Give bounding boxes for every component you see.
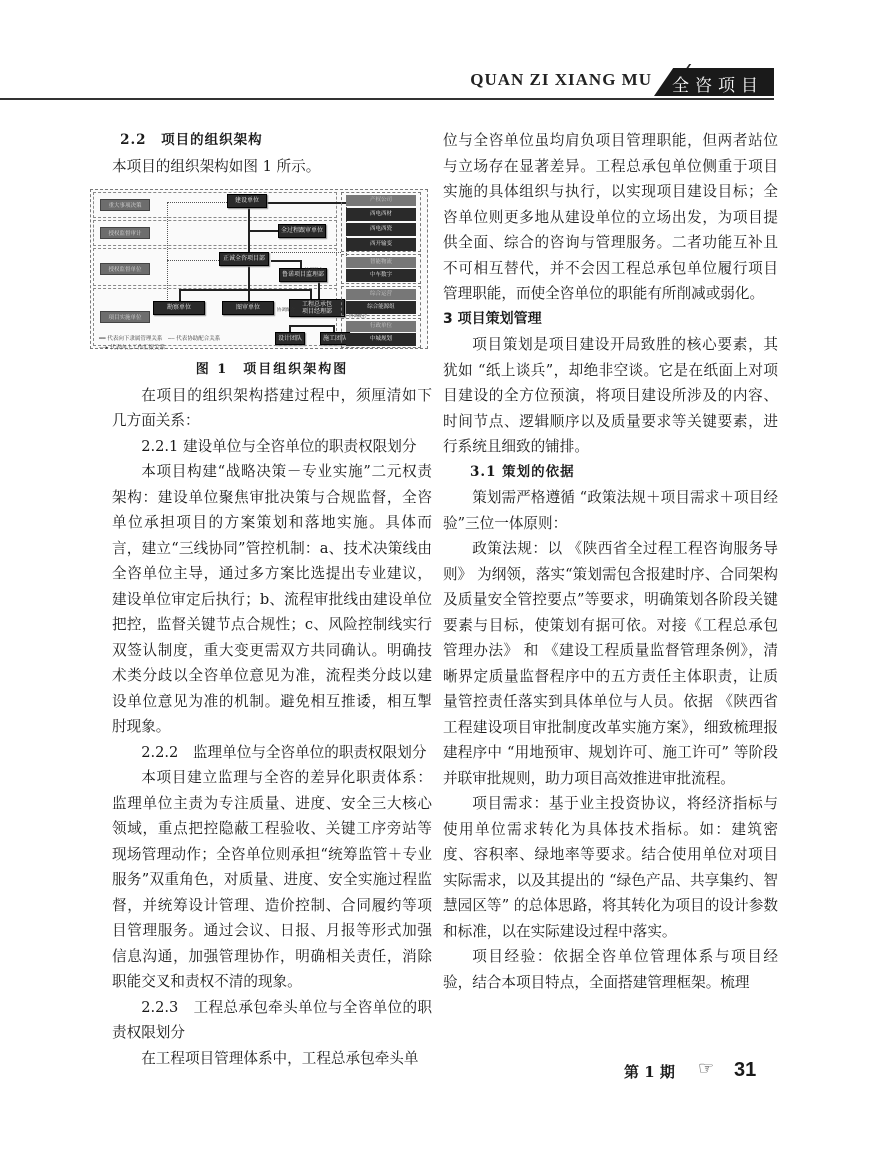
group-head: 智能物流 xyxy=(346,257,416,268)
heading-2-2: 2.2 项目的组织架构 xyxy=(112,128,432,154)
node-drawing-review: 图审单位 xyxy=(222,301,274,315)
header-rule xyxy=(0,98,774,100)
section-badge: 全咨项目 xyxy=(654,68,774,96)
page-number: 31 xyxy=(734,1059,756,1082)
connector-line xyxy=(179,289,311,291)
group-item: 西电西材 xyxy=(346,208,416,221)
connector-line xyxy=(289,325,291,332)
group-item: 西电西瓷 xyxy=(346,223,416,236)
heading-3: 3 项目策划管理 xyxy=(443,307,778,333)
paragraph-3-1: 策划需严格遵循 “政策法规＋项目需求＋项目经验”三位一体原则： xyxy=(443,485,778,536)
band-label: 授权监督单位 xyxy=(100,263,150,275)
paragraph-experience: 项目经验：依据全咨单位管理体系与项目经验，结合本项目特点，全面搭建管理框架。梳理 xyxy=(443,944,778,995)
heading-3-1: 3.1 策划的依据 xyxy=(443,460,778,486)
right-group-operations: 综合运营 综合能源组 xyxy=(341,286,421,316)
heading-2-2-1: 2.2.1 建设单位与全咨单位的职责权限划分 xyxy=(112,434,432,460)
node-audit-unit: 全过程跟审单位 xyxy=(278,224,326,238)
band-decision: 重大事项决策 xyxy=(93,192,337,218)
report-line xyxy=(167,202,168,302)
right-group-property: 产权公司 西电西材 西电西瓷 西开输变 xyxy=(341,192,421,252)
right-group-admin: 行政单位 中城规划 xyxy=(341,318,421,348)
heading-2-2-2: 2.2.2 监理单位与全咨单位的职责权限划分 xyxy=(112,740,432,766)
right-column: 位与全咨单位虽均肩负项目管理职能，但两者站位与立场存在显著差异。工程总承包单位侧… xyxy=(443,128,778,995)
section-title-en: QUAN ZI XIANG MU xyxy=(470,70,652,90)
node-consult-dept: 正诚全咨项目部 xyxy=(219,252,269,266)
connector-line xyxy=(248,262,250,302)
epc-line-1: 工程总承包 xyxy=(302,301,332,308)
paragraph-2-2-2: 本项目建立监理与全咨的差异化职责体系：监理单位主责为专注质量、进度、安全三大核心… xyxy=(112,765,432,995)
paragraph-demand: 项目需求：基于业主投资协议，将经济指标与使用单位需求转化为具体技术指标。如：建筑… xyxy=(443,791,778,944)
report-line xyxy=(167,202,229,203)
report-line xyxy=(271,252,341,253)
coord-label: 协调配合 xyxy=(277,298,295,324)
connector-line xyxy=(271,260,301,262)
left-column: 2.2 项目的组织架构 本项目的组织架构如图 1 所示。 重大事项决策 授权监督… xyxy=(112,128,432,1071)
section-title-cn: 全咨项目 xyxy=(672,71,764,96)
group-head: 行政单位 xyxy=(346,321,416,332)
node-epc-dept: 工程总承包 项目经理部 xyxy=(289,299,345,317)
report-line xyxy=(167,260,219,261)
paragraph-2-2-3-continued: 位与全咨单位虽均肩负项目管理职能，但两者站位与立场存在显著差异。工程总承包单位侧… xyxy=(443,128,778,307)
group-item: 西开输变 xyxy=(346,238,416,251)
org-chart-figure: 重大事项决策 授权监督审计 授权监督单位 项目实施单位 建设单位 全过程跟 xyxy=(90,189,428,349)
connector-line xyxy=(289,325,334,327)
paragraph-2-2-1: 本项目构建“战略决策－专业实施”二元权责架构：建设单位聚焦审批决策与合规监督，全… xyxy=(112,459,432,740)
connector-line xyxy=(333,325,335,332)
paragraph-policy: 政策法规：以 《陕西省全过程工程咨询服务导则》 为纲领，落实“策划需包含报建时序… xyxy=(443,536,778,791)
page-footer: 第 1 期 ☞ 31 xyxy=(610,1058,780,1088)
coord-label: 协调配合 xyxy=(305,258,323,284)
page-header: QUAN ZI XIANG MU 全咨项目 xyxy=(440,68,780,98)
paragraph-intro: 本项目的组织架构如图 1 所示。 xyxy=(112,154,432,180)
legend-report: ┈┈▸ 代表向上工作汇报关系 xyxy=(99,336,165,362)
right-group-logistics: 智能物流 中车数字 xyxy=(341,254,421,284)
band-label: 授权监督审计 xyxy=(100,227,150,239)
group-head: 产权公司 xyxy=(346,195,416,206)
issue-label: 第 1 期 xyxy=(624,1061,675,1082)
group-item: 中城规划 xyxy=(346,333,416,346)
node-survey-unit: 勘察单位 xyxy=(153,301,205,315)
heading-2-2-3: 2.2.3 工程总承包牵头单位与全咨单位的职责权限划分 xyxy=(112,995,432,1046)
group-item: 中车数字 xyxy=(346,269,416,282)
pointing-hand-icon: ☞ xyxy=(698,1058,714,1079)
group-item: 综合能源组 xyxy=(346,301,416,314)
paragraph-relations: 在项目的组织架构搭建过程中，须厘清如下几方面关系： xyxy=(112,383,432,434)
connector-line xyxy=(248,230,278,232)
band-label: 重大事项决策 xyxy=(100,199,150,211)
paragraph-3: 项目策划是项目建设开局致胜的核心要素，其犹如 “纸上谈兵”，却绝非空谈。它是在纸… xyxy=(443,332,778,460)
epc-line-2: 项目经理部 xyxy=(302,308,332,315)
connector-line xyxy=(179,289,181,301)
node-build-unit: 建设单位 xyxy=(227,194,267,208)
paragraph-2-2-3: 在工程项目管理体系中，工程总承包牵头单 xyxy=(112,1046,432,1072)
band-label: 项目实施单位 xyxy=(100,311,150,323)
group-head: 综合运营 xyxy=(346,289,416,300)
node-design-team: 设计团队 xyxy=(275,332,305,345)
